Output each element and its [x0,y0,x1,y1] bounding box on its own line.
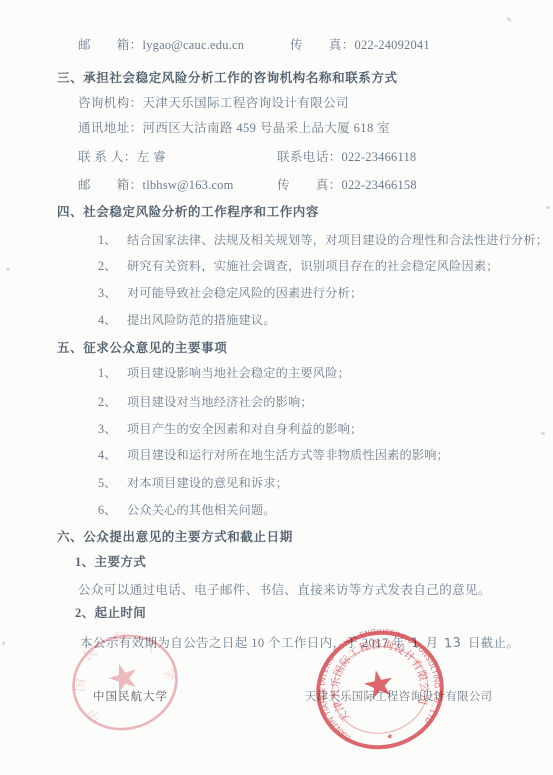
fax-label: 传 真： [290,38,355,52]
top-fax-line: 传 真：022-24092041 [290,38,430,52]
star-icon [105,660,141,695]
signature-university: 中国民航大学 [93,690,168,704]
org-fax-line: 传 真：022-23466158 [277,178,417,192]
item-text: 研究有关资料，实施社会调查，识别项目存在的社会稳定风险因素； [127,259,499,273]
item-text: 结合国家法律、法规及相关规划等，对项目建设的合理性和合法性进行分析； [127,233,548,247]
month-unit: 月 [426,636,439,650]
scan-speck [546,206,550,209]
org-fax-label: 传 真： [277,178,342,192]
contact-person-line: 联 系 人：左 睿 [78,150,166,164]
scan-speck [6,268,10,271]
star-separator-icon: ★ [385,731,394,741]
section6-sub1: 1、主要方式 [75,555,146,569]
phone-line: 联系电话：022-23466118 [277,150,416,164]
signature-company: 天津天乐国际工程咨询设计有限公司 [305,690,492,704]
phone-label: 联系电话： [277,150,342,164]
list-item: 1、项目建设影响当地社会稳定的主要风险； [98,366,350,380]
section6-title: 六、公众提出意见的主要方式和截止日期 [57,530,293,544]
phone-value: 022-23466118 [342,150,417,164]
org-email-line: 邮 箱：tlbhsw@163.com [78,178,234,192]
item-text: 项目产生的安全因素和对自身利益的影响； [127,422,362,436]
address-line: 通讯地址：河西区大沽南路 459 号晶采上品大厦 618 室 [78,121,390,135]
section3-title: 三、承担社会稳定风险分析工作的咨询机构名称和联系方式 [57,71,398,85]
deadline-prefix: 本公示有效期为自公告之日起 10 个工作日内，于 2017 年 [80,636,405,650]
address-value: 河西区大沽南路 459 号晶采上品大厦 618 室 [143,121,391,135]
item-text: 项目建设影响当地社会稳定的主要风险； [127,366,350,380]
address-label: 通讯地址： [78,121,143,135]
org-email-label: 邮 箱： [78,178,143,192]
item-text: 项目建设和运行对所在地生活方式等非物质性因素的影响； [127,448,449,462]
scanned-notice-page: 邮 箱：lygao@cauc.edu.cn 传 真：022-24092041 三… [0,0,553,775]
item-number: 1、 [98,233,127,247]
item-number: 3、 [98,422,127,436]
item-number: 2、 [98,395,127,409]
scan-speck [541,432,545,435]
list-item: 2、项目建设对当地经济社会的影响； [98,395,313,409]
item-number: 2、 [98,259,127,273]
handwritten-month: 1 [410,637,420,652]
item-number: 1、 [98,366,127,380]
item-text: 提出风险防范的措施建议。 [127,313,276,327]
scan-speck [2,641,5,645]
list-item: 5、对本项目建设的意见和诉求； [98,476,288,490]
org-value: 天津天乐国际工程咨询设计有限公司 [143,96,349,110]
org-line: 咨询机构：天津天乐国际工程咨询设计有限公司 [78,96,349,110]
item-number: 4、 [98,448,127,462]
list-item: 4、项目建设和运行对所在地生活方式等非物质性因素的影响； [98,448,449,462]
top-email-line: 邮 箱：lygao@cauc.edu.cn [78,38,244,52]
section6-para1: 公众可以通过电话、电子邮件、书信、直接来访等方式发表自己的意见。 [78,583,491,597]
org-label: 咨询机构： [78,96,143,110]
item-text: 项目建设对当地经济社会的影响； [127,395,313,409]
fax-value: 022-24092041 [355,38,430,52]
item-text: 公众关心的其他相关问题。 [127,503,276,517]
item-number: 4、 [98,313,127,327]
deadline-line: 本公示有效期为自公告之日起 10 个工作日内，于 2017 年1月13日截止。 [80,636,519,651]
deadline-suffix: 日截止。 [468,636,520,650]
list-item: 2、研究有关资料，实施社会调查，识别项目存在的社会稳定风险因素； [98,259,499,273]
person-label: 联 系 人： [78,150,137,164]
section4-title: 四、社会稳定风险分析的工作程序和工作内容 [57,205,319,219]
handwritten-day: 13 [444,636,462,651]
email-label: 邮 箱： [78,38,143,52]
org-email-value: tlbhsw@163.com [143,178,234,192]
item-number: 6、 [98,503,127,517]
scan-speck [506,17,513,23]
item-number: 3、 [98,286,127,300]
person-value: 左 睿 [137,150,166,164]
org-fax-value: 022-23466158 [342,178,417,192]
list-item: 6、公众关心的其他相关问题。 [98,503,276,517]
section6-sub2: 2、起止时间 [75,606,146,620]
list-item: 1、结合国家法律、法规及相关规划等，对项目建设的合理性和合法性进行分析； [98,233,548,247]
item-text: 对本项目建设的意见和诉求； [127,476,288,490]
section5-title: 五、征求公众意见的主要事项 [57,341,227,355]
list-item: 3、项目产生的安全因素和对自身利益的影响； [98,422,362,436]
item-number: 5、 [98,476,127,490]
list-item: 4、提出风险防范的措施建议。 [98,313,276,327]
item-text: 对可能导致社会稳定风险的因素进行分析； [127,286,362,300]
email-value: lygao@cauc.edu.cn [143,38,245,52]
list-item: 3、对可能导致社会稳定风险的因素进行分析； [98,286,362,300]
